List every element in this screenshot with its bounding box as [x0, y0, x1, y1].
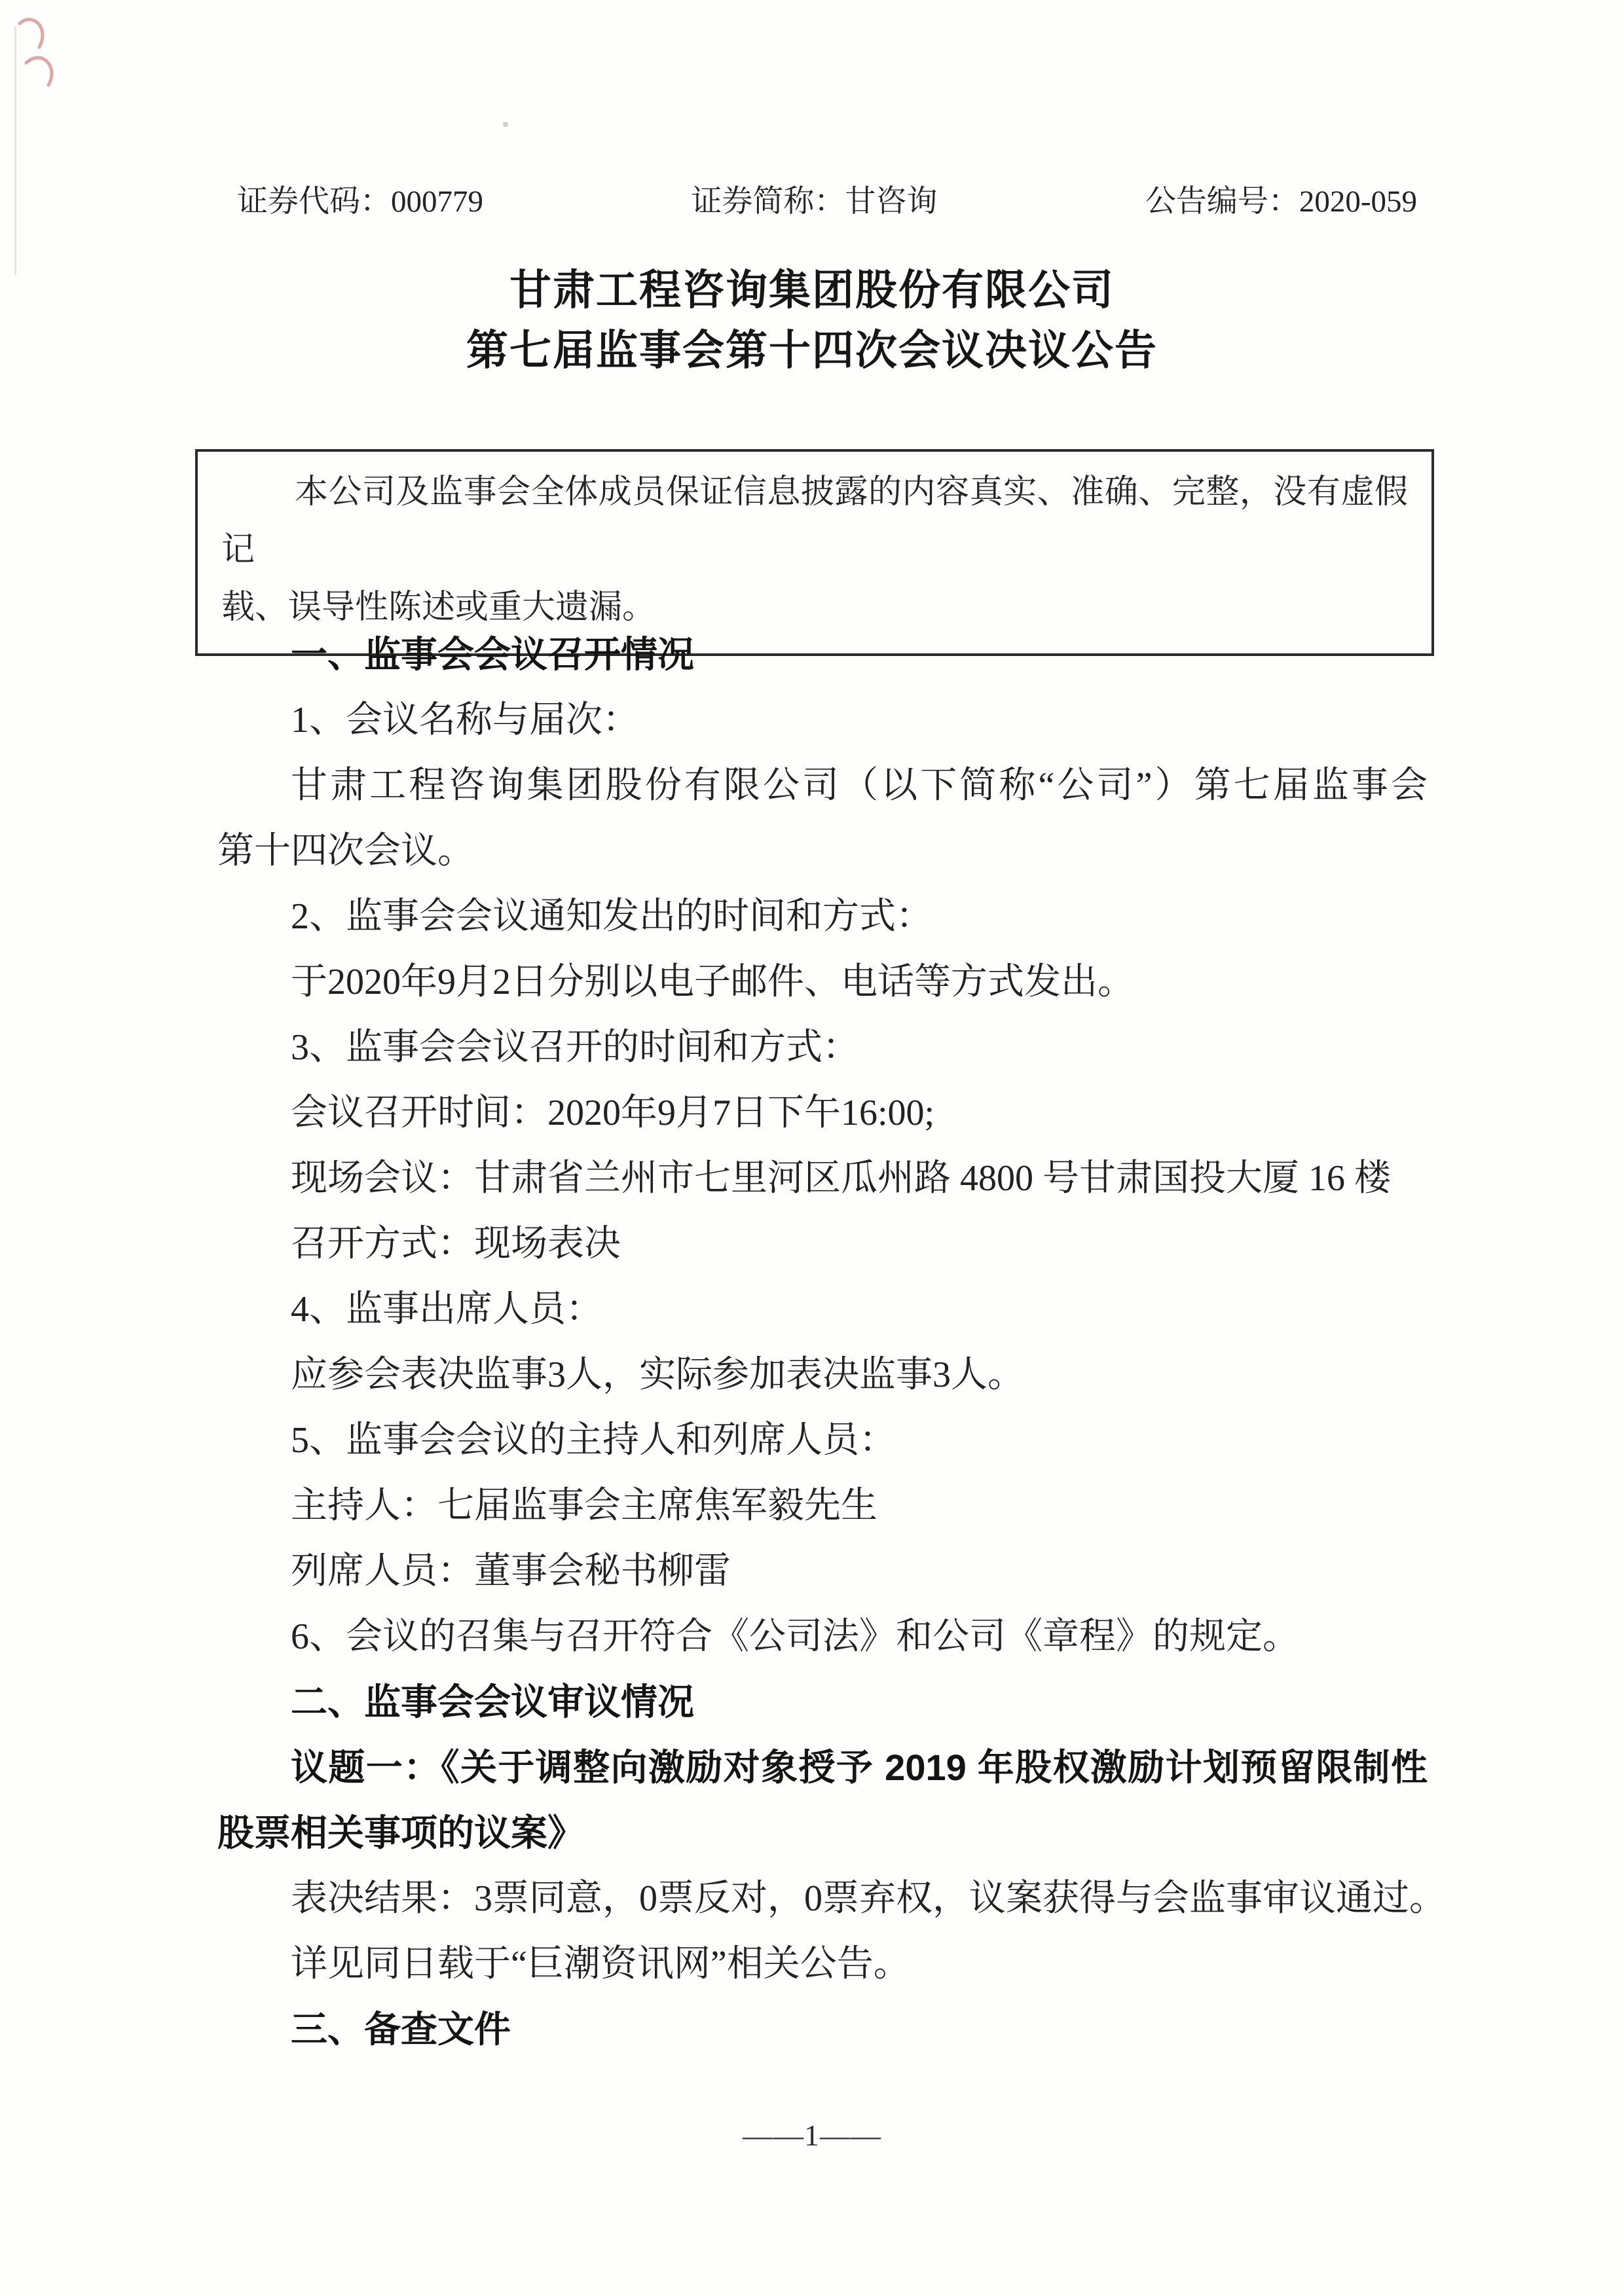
proposal-1-title-cont: 股票相关事项的议案》	[217, 1800, 1428, 1866]
paragraph-notice-time: 于2020年9月2日分别以电子邮件、电话等方式发出。	[217, 949, 1428, 1015]
item-1-meeting-name: 1、会议名称与届次：	[217, 687, 1428, 753]
scan-artifact-red-marks	[12, 9, 77, 94]
item-5-host-observers: 5、监事会会议的主持人和列席人员：	[217, 1408, 1428, 1473]
paragraph-meeting-place: 现场会议：甘肃省兰州市七里河区瓜州路 4800 号甘肃国投大厦 16 楼	[217, 1146, 1428, 1211]
proposal-1-title: 议题一：《关于调整向激励对象授予 2019 年股权激励计划预留限制性	[217, 1735, 1428, 1800]
document-header: 证券代码：000779 证券简称：甘咨询 公告编号：2020-059	[237, 182, 1417, 221]
item-4-attendees: 4、监事出席人员：	[217, 1277, 1428, 1342]
paragraph-observers: 列席人员：董事会秘书柳雷	[217, 1539, 1428, 1604]
paragraph-meeting-name: 甘肃工程咨询集团股份有限公司（以下简称“公司”）第七届监事会	[217, 753, 1428, 818]
stock-code: 证券代码：000779	[237, 182, 483, 221]
page-number: ——1——	[0, 2116, 1624, 2155]
scan-artifact-line	[14, 26, 16, 275]
scan-artifact-dot	[503, 122, 508, 127]
section-heading-2: 二、监事会会议审议情况	[217, 1669, 1428, 1735]
paragraph-meeting-time: 会议召开时间：2020年9月7日下午16:00;	[217, 1080, 1428, 1146]
notice-line-1: 本公司及监事会全体成员保证信息披露的内容真实、准确、完整，没有虚假记	[221, 464, 1408, 579]
paragraph-host: 主持人：七届监事会主席焦军毅先生	[217, 1473, 1428, 1539]
meeting-resolution-title: 第七届监事会第十四次会议决议公告	[0, 323, 1624, 378]
company-name-title: 甘肃工程咨询集团股份有限公司	[0, 263, 1624, 318]
scanned-announcement-page: 证券代码：000779 证券简称：甘咨询 公告编号：2020-059 甘肃工程咨…	[0, 0, 1624, 2296]
item-3-meeting-time: 3、监事会会议召开的时间和方式：	[217, 1015, 1428, 1080]
paragraph-disclosure-site: 详见同日载于“巨潮资讯网”相关公告。	[217, 1931, 1428, 1997]
section-heading-1: 一、监事会会议召开情况	[217, 622, 1428, 687]
paragraph-meeting-name-cont: 第十四次会议。	[217, 818, 1428, 884]
item-6-compliance: 6、会议的召集与召开符合《公司法》和公司《章程》的规定。	[217, 1604, 1428, 1669]
paragraph-meeting-method: 召开方式：现场表决	[217, 1211, 1428, 1277]
document-body: 一、监事会会议召开情况 1、会议名称与届次： 甘肃工程咨询集团股份有限公司（以下…	[217, 622, 1428, 2062]
paragraph-attendees: 应参会表决监事3人，实际参加表决监事3人。	[217, 1342, 1428, 1408]
announcement-number: 公告编号：2020-059	[1145, 182, 1417, 221]
item-2-notice-time: 2、监事会会议通知发出的时间和方式：	[217, 884, 1428, 949]
stock-abbr: 证券简称：甘咨询	[691, 182, 937, 221]
section-heading-3: 三、备查文件	[217, 1997, 1428, 2062]
paragraph-vote-result: 表决结果：3票同意，0票反对，0票弃权，议案获得与会监事审议通过。	[217, 1866, 1428, 1931]
